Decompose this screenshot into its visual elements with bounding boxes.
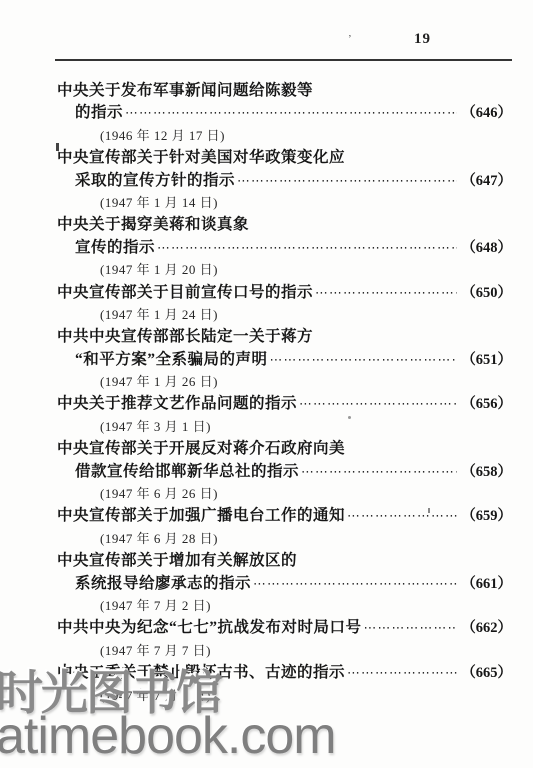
scan-speck-mark: ’ bbox=[348, 33, 352, 45]
entry-page-ref: （662） bbox=[461, 617, 512, 639]
entry-title-line: 中央宣传部关于针对美国对华政策变化应 bbox=[57, 147, 345, 169]
toc-entry-row: “和平方案”全系骗局的声明⋯⋯⋯⋯⋯⋯⋯⋯⋯⋯⋯⋯⋯⋯⋯⋯⋯⋯⋯⋯⋯⋯⋯⋯⋯⋯⋯… bbox=[57, 349, 512, 371]
entry-title-line: 中央关于发布军事新闻问题给陈毅等 bbox=[57, 80, 313, 102]
toc-entry-row: 系统报导给廖承志的指示⋯⋯⋯⋯⋯⋯⋯⋯⋯⋯⋯⋯⋯⋯⋯⋯⋯⋯⋯⋯⋯⋯⋯⋯⋯⋯⋯⋯⋯… bbox=[57, 573, 512, 595]
dot-leader: ⋯⋯⋯⋯⋯⋯⋯⋯⋯⋯⋯⋯⋯⋯⋯⋯⋯⋯⋯⋯⋯⋯⋯⋯⋯⋯⋯⋯⋯⋯⋯⋯⋯⋯⋯⋯⋯⋯⋯⋯… bbox=[237, 171, 457, 193]
toc-entry: 中央宣传部关于加强广播电台工作的通知⋯⋯⋯⋯⋯⋯⋯⋯⋯⋯⋯⋯⋯⋯⋯⋯⋯⋯⋯⋯⋯⋯… bbox=[57, 505, 512, 550]
toc-entry: 中央宣传部关于针对美国对华政策变化应采取的宣传方针的指示⋯⋯⋯⋯⋯⋯⋯⋯⋯⋯⋯⋯… bbox=[57, 147, 512, 214]
entry-page-ref: （658） bbox=[461, 461, 512, 483]
entry-page-ref: （646） bbox=[461, 102, 512, 124]
toc-entry-row: 中央宣传部关于增加有关解放区的 bbox=[57, 550, 512, 572]
dot-leader: ⋯⋯⋯⋯⋯⋯⋯⋯⋯⋯⋯⋯⋯⋯⋯⋯⋯⋯⋯⋯⋯⋯⋯⋯⋯⋯⋯⋯⋯⋯⋯⋯⋯⋯⋯⋯⋯⋯⋯⋯… bbox=[299, 394, 457, 416]
entry-page-ref: （661） bbox=[461, 573, 512, 595]
entry-page-ref: （659） bbox=[461, 505, 512, 527]
dot-leader: ⋯⋯⋯⋯⋯⋯⋯⋯⋯⋯⋯⋯⋯⋯⋯⋯⋯⋯⋯⋯⋯⋯⋯⋯⋯⋯⋯⋯⋯⋯⋯⋯⋯⋯⋯⋯⋯⋯⋯⋯… bbox=[125, 103, 457, 125]
toc-entry: 中央宣传部关于开展反对蒋介石政府向美借款宣传给邯郸新华总社的指示⋯⋯⋯⋯⋯⋯⋯⋯… bbox=[57, 438, 512, 505]
entry-title-line: 中央宣传部关于加强广播电台工作的通知 bbox=[57, 505, 345, 527]
watermark-domain: atimebook.com bbox=[0, 706, 336, 766]
entry-page-ref: （651） bbox=[461, 349, 512, 371]
dot-leader: ⋯⋯⋯⋯⋯⋯⋯⋯⋯⋯⋯⋯⋯⋯⋯⋯⋯⋯⋯⋯⋯⋯⋯⋯⋯⋯⋯⋯⋯⋯⋯⋯⋯⋯⋯⋯⋯⋯⋯⋯… bbox=[253, 574, 457, 596]
toc-entry-row: 宣传的指示⋯⋯⋯⋯⋯⋯⋯⋯⋯⋯⋯⋯⋯⋯⋯⋯⋯⋯⋯⋯⋯⋯⋯⋯⋯⋯⋯⋯⋯⋯⋯⋯⋯⋯⋯… bbox=[57, 237, 512, 259]
toc-entry-row: 中央宣传部关于开展反对蒋介石政府向美 bbox=[57, 438, 512, 460]
page-number: 19 bbox=[414, 31, 431, 48]
entry-date: (1947 年 1 月 20 日) bbox=[57, 259, 512, 281]
entry-title-line: 中央关于揭穿美蒋和谈真象 bbox=[57, 214, 249, 236]
toc-entry-row: 中共中央为纪念“七七”抗战发布对时局口号⋯⋯⋯⋯⋯⋯⋯⋯⋯⋯⋯⋯⋯⋯⋯⋯⋯⋯⋯⋯… bbox=[57, 617, 512, 639]
entry-date: (1947 年 1 月 14 日) bbox=[57, 192, 512, 214]
entry-title-line: 采取的宣传方针的指示 bbox=[75, 170, 235, 192]
entry-date: (1947 年 3 月 1 日) bbox=[57, 416, 512, 438]
entry-page-ref: （647） bbox=[461, 170, 512, 192]
toc-entry-row: 中共中央宣传部部长陆定一关于蒋方 bbox=[57, 326, 512, 348]
toc-entry: 中共中央宣传部部长陆定一关于蒋方“和平方案”全系骗局的声明⋯⋯⋯⋯⋯⋯⋯⋯⋯⋯⋯… bbox=[57, 326, 512, 393]
entry-title-line: 的指示 bbox=[75, 102, 123, 124]
toc-entry-row: 中央关于推荐文艺作品问题的指示⋯⋯⋯⋯⋯⋯⋯⋯⋯⋯⋯⋯⋯⋯⋯⋯⋯⋯⋯⋯⋯⋯⋯⋯⋯… bbox=[57, 393, 512, 415]
entry-page-ref: （650） bbox=[461, 282, 512, 304]
entry-date: (1947 年 1 月 24 日) bbox=[57, 304, 512, 326]
toc-entry-row: 中央宣传部关于针对美国对华政策变化应 bbox=[57, 147, 512, 169]
entry-title-line: 中共中央宣传部部长陆定一关于蒋方 bbox=[57, 326, 313, 348]
entry-title-line: 中央宣传部关于增加有关解放区的 bbox=[57, 550, 297, 572]
toc-entry-row: 采取的宣传方针的指示⋯⋯⋯⋯⋯⋯⋯⋯⋯⋯⋯⋯⋯⋯⋯⋯⋯⋯⋯⋯⋯⋯⋯⋯⋯⋯⋯⋯⋯⋯… bbox=[57, 170, 512, 192]
dot-leader: ⋯⋯⋯⋯⋯⋯⋯⋯⋯⋯⋯⋯⋯⋯⋯⋯⋯⋯⋯⋯⋯⋯⋯⋯⋯⋯⋯⋯⋯⋯⋯⋯⋯⋯⋯⋯⋯⋯⋯⋯… bbox=[347, 506, 457, 528]
entry-title-line: “和平方案”全系骗局的声明 bbox=[75, 349, 268, 371]
toc-entry-row: 中央关于揭穿美蒋和谈真象 bbox=[57, 214, 512, 236]
entry-title-line: 中央宣传部关于目前宣传口号的指示 bbox=[57, 282, 313, 304]
toc-entry: 中央宣传部关于增加有关解放区的系统报导给廖承志的指示⋯⋯⋯⋯⋯⋯⋯⋯⋯⋯⋯⋯⋯⋯… bbox=[57, 550, 512, 617]
entry-page-ref: （665） bbox=[461, 662, 512, 684]
entry-date: (1947 年 6 月 26 日) bbox=[57, 483, 512, 505]
entry-date: (1947 年 1 月 26 日) bbox=[57, 371, 512, 393]
toc-entry: 中央关于推荐文艺作品问题的指示⋯⋯⋯⋯⋯⋯⋯⋯⋯⋯⋯⋯⋯⋯⋯⋯⋯⋯⋯⋯⋯⋯⋯⋯⋯… bbox=[57, 393, 512, 438]
toc-list: 中央关于发布军事新闻问题给陈毅等的指示⋯⋯⋯⋯⋯⋯⋯⋯⋯⋯⋯⋯⋯⋯⋯⋯⋯⋯⋯⋯⋯… bbox=[57, 80, 512, 707]
entry-title-line: 中共中央为纪念“七七”抗战发布对时局口号 bbox=[57, 617, 362, 639]
header-rule bbox=[55, 59, 512, 61]
toc-entry: 中央宣传部关于目前宣传口号的指示⋯⋯⋯⋯⋯⋯⋯⋯⋯⋯⋯⋯⋯⋯⋯⋯⋯⋯⋯⋯⋯⋯⋯⋯… bbox=[57, 282, 512, 327]
dot-leader: ⋯⋯⋯⋯⋯⋯⋯⋯⋯⋯⋯⋯⋯⋯⋯⋯⋯⋯⋯⋯⋯⋯⋯⋯⋯⋯⋯⋯⋯⋯⋯⋯⋯⋯⋯⋯⋯⋯⋯⋯… bbox=[157, 238, 457, 260]
toc-entry-row: 的指示⋯⋯⋯⋯⋯⋯⋯⋯⋯⋯⋯⋯⋯⋯⋯⋯⋯⋯⋯⋯⋯⋯⋯⋯⋯⋯⋯⋯⋯⋯⋯⋯⋯⋯⋯⋯⋯… bbox=[57, 102, 512, 124]
toc-entry-row: 中央宣传部关于加强广播电台工作的通知⋯⋯⋯⋯⋯⋯⋯⋯⋯⋯⋯⋯⋯⋯⋯⋯⋯⋯⋯⋯⋯⋯… bbox=[57, 505, 512, 527]
dot-leader: ⋯⋯⋯⋯⋯⋯⋯⋯⋯⋯⋯⋯⋯⋯⋯⋯⋯⋯⋯⋯⋯⋯⋯⋯⋯⋯⋯⋯⋯⋯⋯⋯⋯⋯⋯⋯⋯⋯⋯⋯… bbox=[301, 462, 457, 484]
entry-title-line: 中央宣传部关于开展反对蒋介石政府向美 bbox=[57, 438, 345, 460]
dot-leader: ⋯⋯⋯⋯⋯⋯⋯⋯⋯⋯⋯⋯⋯⋯⋯⋯⋯⋯⋯⋯⋯⋯⋯⋯⋯⋯⋯⋯⋯⋯⋯⋯⋯⋯⋯⋯⋯⋯⋯⋯… bbox=[347, 663, 457, 685]
toc-entry-row: 中央关于发布军事新闻问题给陈毅等 bbox=[57, 80, 512, 102]
entry-page-ref: （656） bbox=[461, 393, 512, 415]
entry-date: (1947 年 6 月 28 日) bbox=[57, 528, 512, 550]
dot-leader: ⋯⋯⋯⋯⋯⋯⋯⋯⋯⋯⋯⋯⋯⋯⋯⋯⋯⋯⋯⋯⋯⋯⋯⋯⋯⋯⋯⋯⋯⋯⋯⋯⋯⋯⋯⋯⋯⋯⋯⋯… bbox=[315, 283, 457, 305]
entry-title-line: 借款宣传给邯郸新华总社的指示 bbox=[75, 461, 299, 483]
dot-leader: ⋯⋯⋯⋯⋯⋯⋯⋯⋯⋯⋯⋯⋯⋯⋯⋯⋯⋯⋯⋯⋯⋯⋯⋯⋯⋯⋯⋯⋯⋯⋯⋯⋯⋯⋯⋯⋯⋯⋯⋯… bbox=[364, 618, 458, 640]
toc-entry-row: 中央宣传部关于目前宣传口号的指示⋯⋯⋯⋯⋯⋯⋯⋯⋯⋯⋯⋯⋯⋯⋯⋯⋯⋯⋯⋯⋯⋯⋯⋯… bbox=[57, 282, 512, 304]
entry-title-line: 宣传的指示 bbox=[75, 237, 155, 259]
entry-date: (1947 年 7 月 2 日) bbox=[57, 595, 512, 617]
book-page: ’ 19 中央关于发布军事新闻问题给陈毅等的指示⋯⋯⋯⋯⋯⋯⋯⋯⋯⋯⋯⋯⋯⋯⋯⋯… bbox=[0, 0, 533, 768]
toc-entry-row: 借款宣传给邯郸新华总社的指示⋯⋯⋯⋯⋯⋯⋯⋯⋯⋯⋯⋯⋯⋯⋯⋯⋯⋯⋯⋯⋯⋯⋯⋯⋯⋯… bbox=[57, 461, 512, 483]
dot-leader: ⋯⋯⋯⋯⋯⋯⋯⋯⋯⋯⋯⋯⋯⋯⋯⋯⋯⋯⋯⋯⋯⋯⋯⋯⋯⋯⋯⋯⋯⋯⋯⋯⋯⋯⋯⋯⋯⋯⋯⋯… bbox=[270, 350, 458, 372]
entry-date: (1946 年 12 月 17 日) bbox=[57, 125, 512, 147]
entry-title-line: 中央关于推荐文艺作品问题的指示 bbox=[57, 393, 297, 415]
entry-page-ref: （648） bbox=[461, 237, 512, 259]
entry-title-line: 系统报导给廖承志的指示 bbox=[75, 573, 251, 595]
toc-entry: 中央关于揭穿美蒋和谈真象宣传的指示⋯⋯⋯⋯⋯⋯⋯⋯⋯⋯⋯⋯⋯⋯⋯⋯⋯⋯⋯⋯⋯⋯⋯… bbox=[57, 214, 512, 281]
toc-entry: 中央关于发布军事新闻问题给陈毅等的指示⋯⋯⋯⋯⋯⋯⋯⋯⋯⋯⋯⋯⋯⋯⋯⋯⋯⋯⋯⋯⋯… bbox=[57, 80, 512, 147]
